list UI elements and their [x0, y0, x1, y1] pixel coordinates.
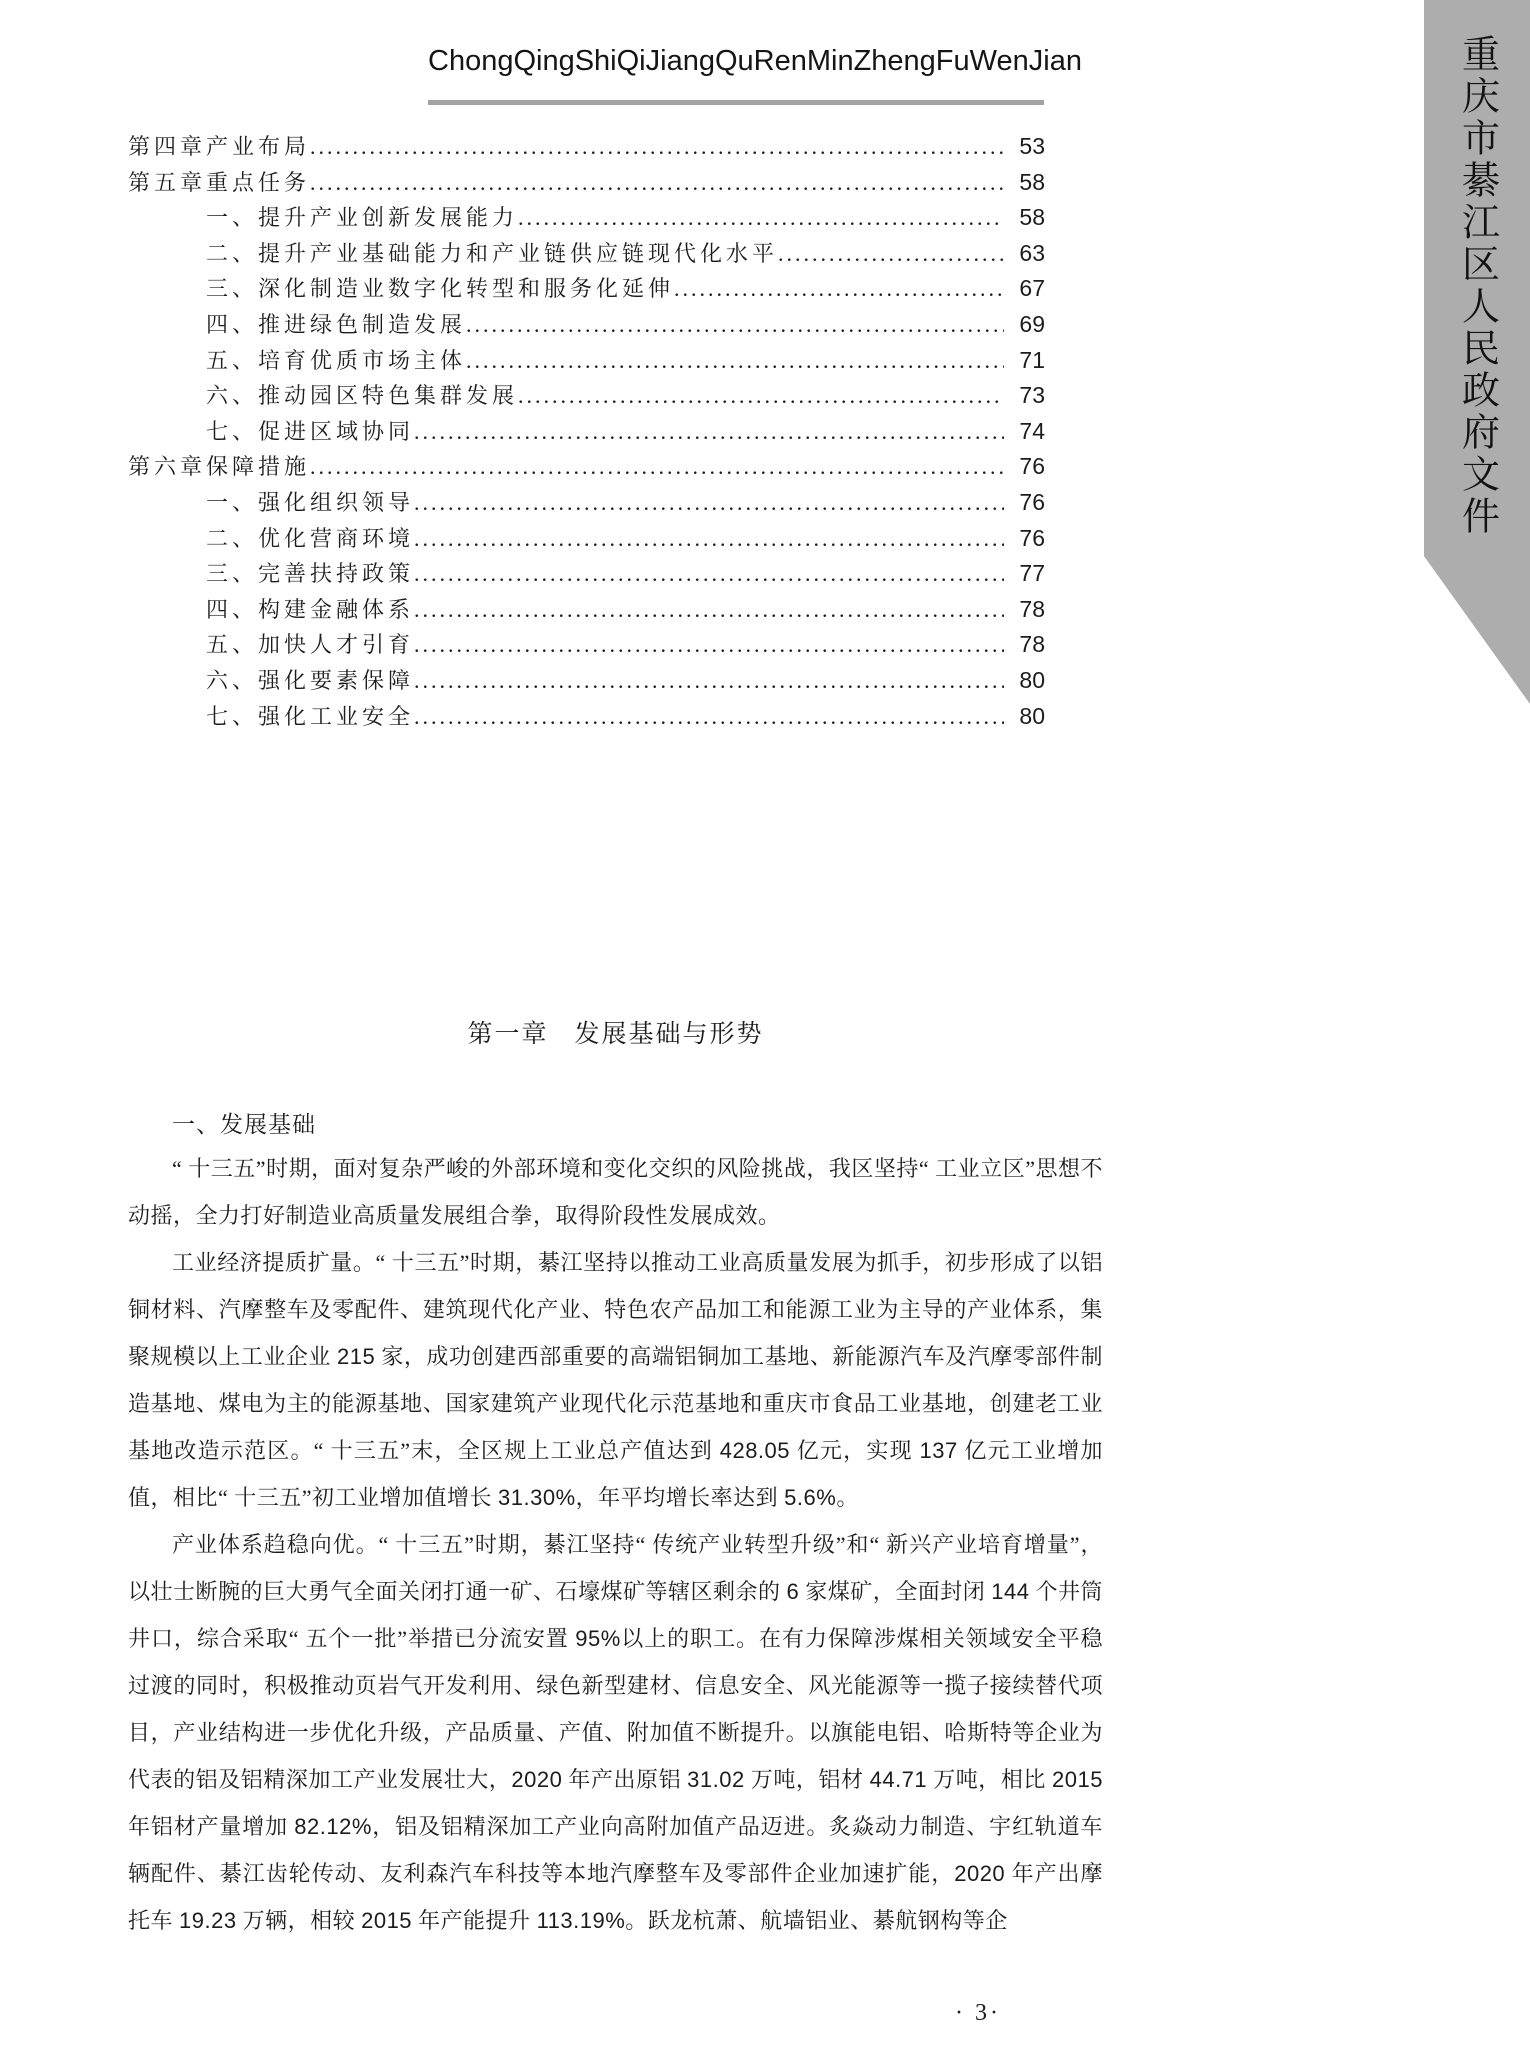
toc-entry-title: 产业布局 [206, 130, 310, 161]
toc-dot-leader [518, 383, 1004, 409]
toc-dot-leader [310, 454, 1004, 480]
toc-entry-title: 六、推动园区特色集群发展 [206, 379, 518, 410]
toc-dot-leader [414, 419, 1004, 445]
toc-row: 五、加快人才引育78 [128, 628, 1045, 664]
toc-entry-title: 保障措施 [206, 450, 310, 481]
header-title: ChongQingShiQiJiangQuRenMinZhengFuWenJia… [428, 45, 1082, 77]
toc-dot-leader [518, 205, 1004, 231]
toc-entry-title: 一、提升产业创新发展能力 [206, 201, 518, 232]
toc-row: 四、构建金融体系78 [128, 593, 1045, 629]
toc-page-number: 80 [1004, 667, 1045, 694]
toc-page-number: 69 [1004, 311, 1045, 338]
toc-page-number: 73 [1004, 382, 1045, 409]
toc-row: 六、强化要素保障80 [128, 664, 1045, 700]
toc-entry-title: 一、强化组织领导 [206, 486, 414, 517]
section-subheading: 一、发展基础 [128, 1106, 1103, 1139]
toc-dot-leader [414, 526, 1004, 552]
chapter-heading-title: 发展基础与形势 [575, 1021, 764, 1048]
toc-entry-title: 五、加快人才引育 [206, 628, 414, 659]
body-paragraph: 工业经济提质扩量。“ 十三五”时期，綦江坚持以推动工业高质量发展为抓手，初步形成… [128, 1239, 1103, 1521]
toc-page-number: 78 [1004, 631, 1045, 658]
toc-row: 二、提升产业基础能力和产业链供应链现代化水平63 [128, 237, 1045, 273]
body-text: “ 十三五”时期，面对复杂严峻的外部环境和变化交织的风险挑战，我区坚持“ 工业立… [128, 1145, 1103, 1944]
toc-page-number: 67 [1004, 275, 1045, 302]
toc-row: 五、培育优质市场主体71 [128, 344, 1045, 380]
toc-entry-title: 重点任务 [206, 166, 310, 197]
toc-row: 第四章产业布局53 [128, 130, 1045, 166]
toc-page-number: 76 [1004, 489, 1045, 516]
chapter-heading: 第一章发展基础与形势 [128, 1014, 1103, 1050]
toc-dot-leader [310, 170, 1004, 196]
toc-entry-title: 三、完善扶持政策 [206, 557, 414, 588]
toc-dot-leader [414, 490, 1004, 516]
numeric-value: 6 [787, 1579, 800, 1604]
toc-page-number: 77 [1004, 560, 1045, 587]
toc-dot-leader [778, 241, 1004, 267]
toc-chapter-label: 第六章 [128, 450, 206, 481]
toc-dot-leader [414, 561, 1004, 587]
numeric-value: 19.23 [179, 1908, 237, 1933]
toc-page-number: 74 [1004, 418, 1045, 445]
toc-dot-leader [414, 632, 1004, 658]
toc-row: 七、强化工业安全80 [128, 700, 1045, 736]
numeric-value: 113.19% [537, 1908, 626, 1933]
toc-row: 四、推进绿色制造发展69 [128, 308, 1045, 344]
page-number: · 3· [955, 2000, 1001, 2027]
toc-row: 三、深化制造业数字化转型和服务化延伸67 [128, 272, 1045, 308]
ribbon-vertical-title: 重庆市綦江区人民政府文件 [1450, 34, 1505, 538]
numeric-value: 428.05 [720, 1438, 790, 1463]
toc-page-number: 58 [1004, 204, 1045, 231]
toc-dot-leader [310, 134, 1004, 160]
toc-page-number: 76 [1004, 525, 1045, 552]
toc-page-number: 63 [1004, 240, 1045, 267]
chapter-heading-label: 第一章 [467, 1021, 548, 1048]
numeric-value: 31.30% [498, 1485, 576, 1510]
toc-chapter-label: 第五章 [128, 166, 206, 197]
toc-entry-title: 三、深化制造业数字化转型和服务化延伸 [206, 272, 674, 303]
toc-row: 二、优化营商环境76 [128, 522, 1045, 558]
toc-row: 六、推动园区特色集群发展73 [128, 379, 1045, 415]
numeric-value: 2015 [361, 1908, 412, 1933]
toc-page-number: 80 [1004, 703, 1045, 730]
toc-dot-leader [466, 312, 1004, 338]
toc-entry-title: 四、构建金融体系 [206, 593, 414, 624]
numeric-value: 82.12% [294, 1814, 372, 1839]
toc-page-number: 76 [1004, 453, 1045, 480]
toc-entry-title: 七、促进区域协同 [206, 415, 414, 446]
toc-entry-title: 五、培育优质市场主体 [206, 344, 466, 375]
body-paragraph: “ 十三五”时期，面对复杂严峻的外部环境和变化交织的风险挑战，我区坚持“ 工业立… [128, 1145, 1103, 1239]
toc-page-number: 58 [1004, 169, 1045, 196]
toc-row: 一、提升产业创新发展能力58 [128, 201, 1045, 237]
numeric-value: 2015 [1052, 1767, 1103, 1792]
toc-row: 七、促进区域协同74 [128, 415, 1045, 451]
toc-dot-leader [466, 348, 1004, 374]
document-page: 重庆市綦江区人民政府文件 ChongQingShiQiJiangQuRenMin… [0, 0, 1530, 2062]
numeric-value: 137 [920, 1438, 958, 1463]
toc-entry-title: 四、推进绿色制造发展 [206, 308, 466, 339]
page-header: ChongQingShiQiJiangQuRenMinZhengFuWenJia… [428, 44, 1044, 105]
toc-page-number: 71 [1004, 347, 1045, 374]
toc-entry-title: 六、强化要素保障 [206, 664, 414, 695]
numeric-value: 95% [575, 1626, 621, 1651]
toc-dot-leader [414, 668, 1004, 694]
numeric-value: 2020 [511, 1767, 562, 1792]
numeric-value: 5.6% [784, 1485, 836, 1510]
toc-page-number: 53 [1004, 133, 1045, 160]
toc-entry-title: 二、优化营商环境 [206, 522, 414, 553]
table-of-contents: 第四章产业布局53第五章重点任务58一、提升产业创新发展能力58二、提升产业基础… [128, 130, 1045, 735]
toc-dot-leader [414, 597, 1004, 623]
side-ribbon: 重庆市綦江区人民政府文件 [1424, 0, 1530, 704]
toc-entry-title: 七、强化工业安全 [206, 700, 414, 731]
toc-row: 第五章重点任务58 [128, 166, 1045, 202]
numeric-value: 31.02 [687, 1767, 745, 1792]
numeric-value: 215 [337, 1344, 375, 1369]
toc-row: 三、完善扶持政策77 [128, 557, 1045, 593]
numeric-value: 2020 [954, 1861, 1005, 1886]
body-paragraph: 产业体系趋稳向优。“ 十三五”时期，綦江坚持“ 传统产业转型升级”和“ 新兴产业… [128, 1521, 1103, 1944]
toc-page-number: 78 [1004, 596, 1045, 623]
numeric-value: 44.71 [870, 1767, 928, 1792]
toc-dot-leader [414, 704, 1004, 730]
toc-row: 第六章保障措施76 [128, 450, 1045, 486]
toc-dot-leader [674, 276, 1004, 302]
toc-row: 一、强化组织领导76 [128, 486, 1045, 522]
toc-chapter-label: 第四章 [128, 130, 206, 161]
toc-entry-title: 二、提升产业基础能力和产业链供应链现代化水平 [206, 237, 778, 268]
numeric-value: 144 [991, 1579, 1029, 1604]
